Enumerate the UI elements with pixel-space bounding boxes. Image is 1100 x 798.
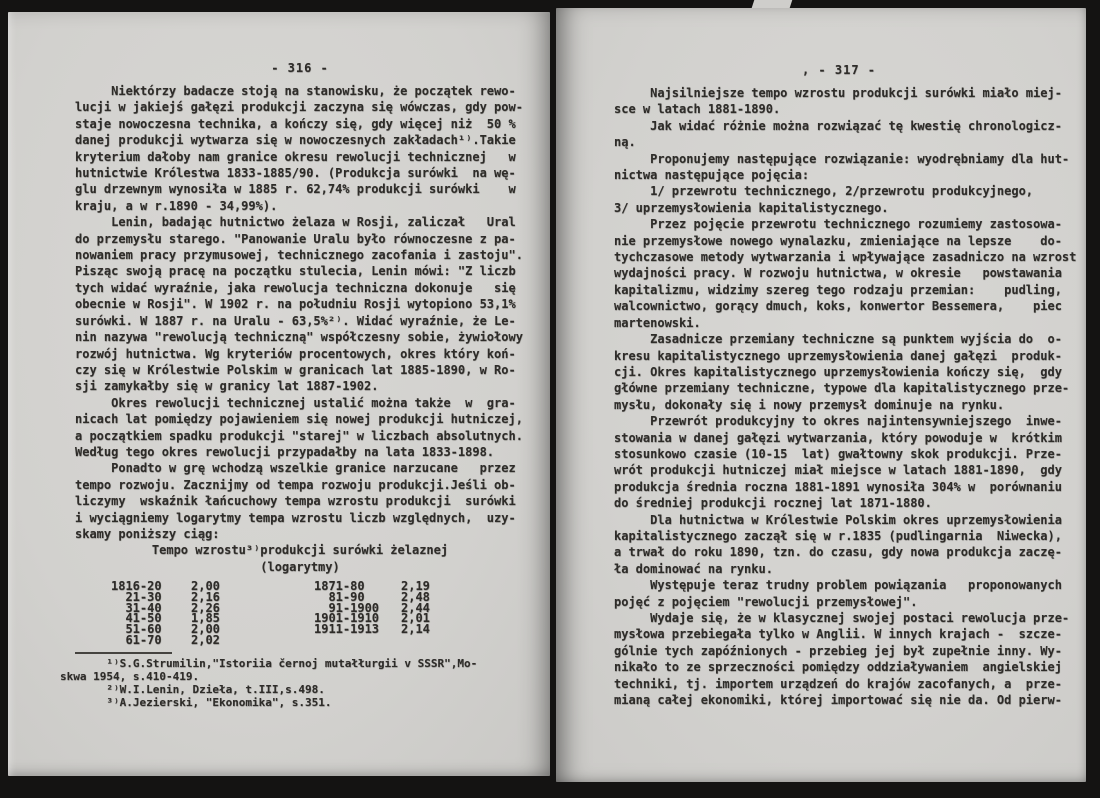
page-317-text: Najsilniejsze tempo wzrostu produkcji su… <box>614 85 1084 708</box>
paragraph: Zasadnicze przemiany techniczne są punkt… <box>614 331 1084 413</box>
footnotes: ¹⁾S.G.Strumilin,"Istoriia černoj mutałłu… <box>60 658 477 710</box>
book-scan: { "colors": { "background": "#141312", "… <box>0 0 1100 798</box>
page-number-317: , - 317 - <box>614 62 1064 78</box>
paragraph: Jak widać różnie można rozwiązać tę kwes… <box>614 118 1084 151</box>
growth-rate-table: 1816-20 2,00 1871-80 2,19 21-30 2,16 81-… <box>75 581 545 646</box>
paragraph: Występuje teraz trudny problem powiązani… <box>614 577 1084 610</box>
page-317: , - 317 - Najsilniejsze tempo wzrostu pr… <box>556 8 1086 782</box>
paragraph: Niektórzy badacze stoją na stanowisku, ż… <box>75 83 545 214</box>
footnote-line: ²⁾W.I.Lenin, Dzieła, t.III,s.498. <box>60 684 477 697</box>
paragraph: Proponujemy następujące rozwiązanie: wyo… <box>614 151 1084 184</box>
page-316: - 316 - Niektórzy badacze stoją na stano… <box>8 12 550 776</box>
page-316-text: Niektórzy badacze stoją na stanowisku, ż… <box>75 83 545 542</box>
footnote-separator <box>75 652 172 654</box>
paragraph: Najsilniejsze tempo wzrostu produkcji su… <box>614 85 1084 118</box>
table-title: Tempo wzrostu³⁾produkcji surówki żelazne… <box>75 542 525 559</box>
paragraph: Lenin, badając hutnictwo żelaza w Rosji,… <box>75 214 545 394</box>
paragraph: 1/ przewrotu technicznego, 2/przewrotu p… <box>614 183 1084 216</box>
table-cell-log <box>401 635 471 646</box>
paragraph: Ponadto w grę wchodzą wszelkie granice n… <box>75 460 545 542</box>
table-row: 61-70 2,02 <box>111 635 545 646</box>
footnote-line: ¹⁾S.G.Strumilin,"Istoriia černoj mutałłu… <box>60 658 477 671</box>
table-cell-log: 2,02 <box>191 635 314 646</box>
footnote-line: skwa 1954, s.410-419. <box>60 671 477 684</box>
paragraph: Dla hutnictwa w Królestwie Polskim okres… <box>614 512 1084 578</box>
table-row: 51-60 2,00 1911-1913 2,14 <box>111 624 545 635</box>
table-subtitle: (logarytmy) <box>75 559 525 576</box>
table-cell-years: 61-70 <box>111 635 191 646</box>
paragraph: Przewrót produkcyjny to okres najintensy… <box>614 413 1084 511</box>
page-number-316: - 316 - <box>75 60 525 76</box>
paragraph: Okres rewolucji technicznej ustalić możn… <box>75 395 545 461</box>
table-cell-log: 2,14 <box>401 624 471 635</box>
table-cell-years <box>314 635 401 646</box>
table-heading: Tempo wzrostu³⁾produkcji surówki żelazne… <box>75 542 525 576</box>
paragraph: Wydaje się, że w klasycznej swojej posta… <box>614 610 1084 708</box>
paragraph: Przez pojęcie przewrotu technicznego roz… <box>614 216 1084 331</box>
table-cell-years: 1911-1913 <box>314 624 401 635</box>
footnote-line: ³⁾A.Jezierski, "Ekonomika", s.351. <box>60 697 477 710</box>
